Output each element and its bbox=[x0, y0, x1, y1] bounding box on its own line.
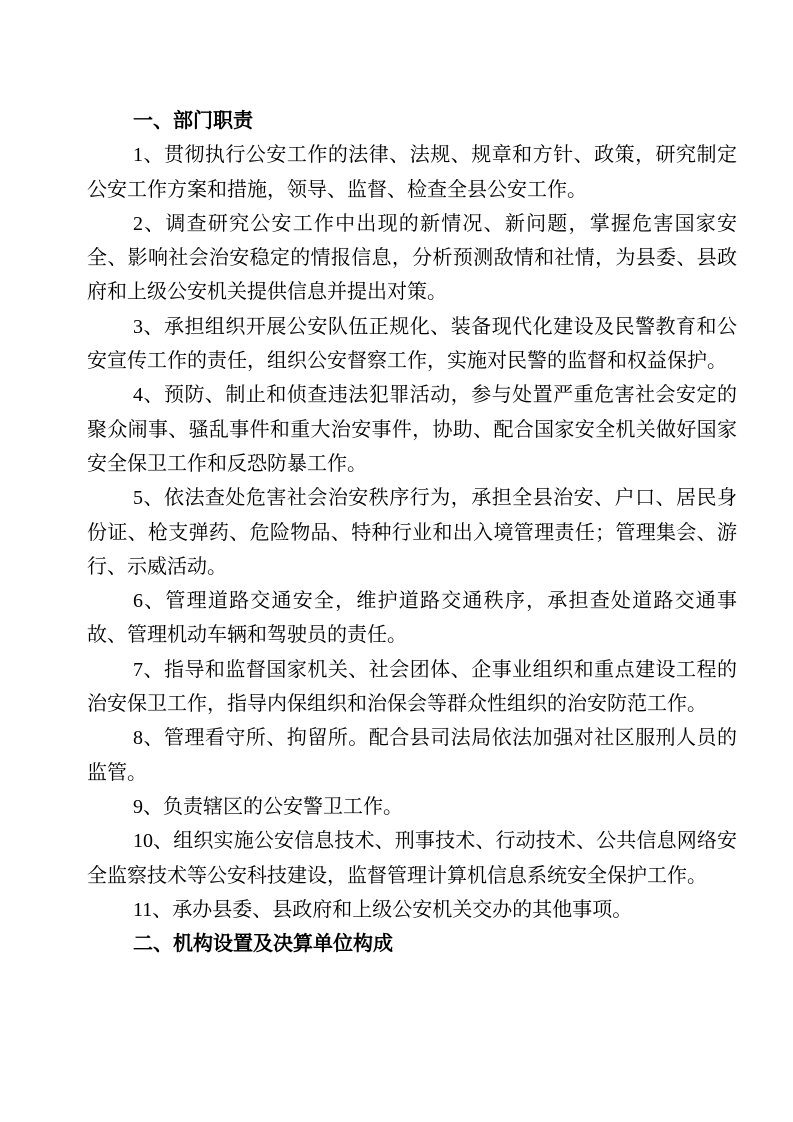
section-heading-org-structure: 二、机构设置及决算单位构成 bbox=[87, 927, 737, 961]
duty-paragraph-11: 11、承办县委、县政府和上级公安机关交办的其他事项。 bbox=[87, 893, 737, 927]
duty-paragraph-1: 1、贯彻执行公安工作的法律、法规、规章和方针、政策，研究制定公安工作方案和措施，… bbox=[87, 138, 737, 207]
document-page: 一、部门职责 1、贯彻执行公安工作的法律、法规、规章和方针、政策，研究制定公安工… bbox=[0, 0, 793, 1122]
duty-paragraph-6: 6、管理道路交通安全，维护道路交通秩序，承担查处道路交通事故、管理机动车辆和驾驶… bbox=[87, 584, 737, 653]
duty-paragraph-2: 2、调查研究公安工作中出现的新情况、新问题，掌握危害国家安全、影响社会治安稳定的… bbox=[87, 207, 737, 310]
document-body: 一、部门职责 1、贯彻执行公安工作的法律、法规、规章和方针、政策，研究制定公安工… bbox=[87, 104, 737, 961]
duty-paragraph-10: 10、组织实施公安信息技术、刑事技术、行动技术、公共信息网络安全监察技术等公安科… bbox=[87, 824, 737, 893]
duty-paragraph-5: 5、依法查处危害社会治安秩序行为，承担全县治安、户口、居民身份证、枪支弹药、危险… bbox=[87, 481, 737, 584]
section-heading-duties: 一、部门职责 bbox=[87, 104, 737, 138]
duty-paragraph-8: 8、管理看守所、拘留所。配合县司法局依法加强对社区服刑人员的监管。 bbox=[87, 721, 737, 790]
duty-paragraph-7: 7、指导和监督国家机关、社会团体、企事业组织和重点建设工程的治安保卫工作，指导内… bbox=[87, 653, 737, 722]
duty-paragraph-9: 9、负责辖区的公安警卫工作。 bbox=[87, 790, 737, 824]
duty-paragraph-4: 4、预防、制止和侦查违法犯罪活动，参与处置严重危害社会安定的聚众闹事、骚乱事件和… bbox=[87, 378, 737, 481]
duty-paragraph-3: 3、承担组织开展公安队伍正规化、装备现代化建设及民警教育和公安宣传工作的责任，组… bbox=[87, 310, 737, 379]
